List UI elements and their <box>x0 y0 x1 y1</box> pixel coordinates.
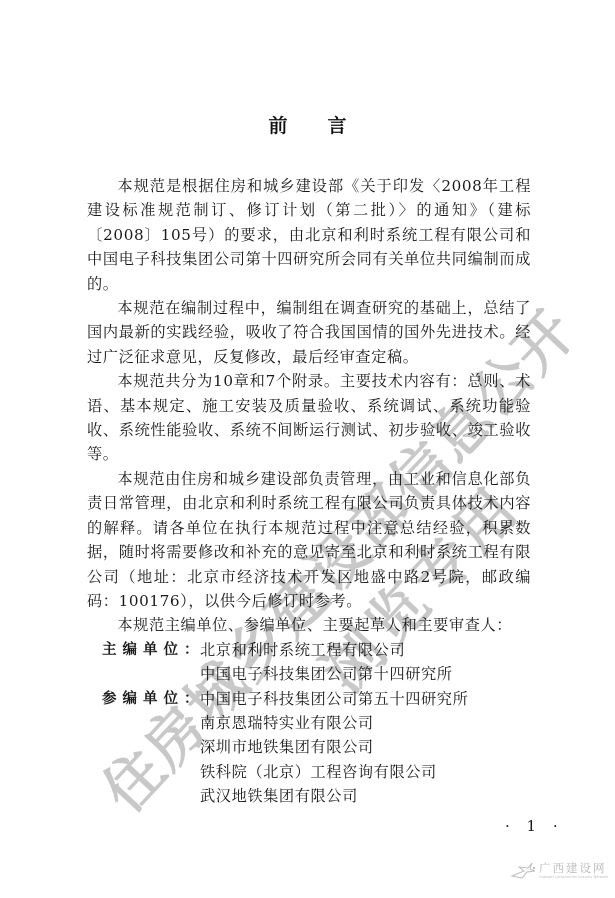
co-editor-item: 深圳市地铁集团有限公司 <box>200 735 531 759</box>
star-logo-icon <box>510 862 536 880</box>
co-editor-item: 武汉地铁集团有限公司 <box>200 784 531 808</box>
logo-subtitle: Guangxi Construction Industry Network <box>539 875 608 880</box>
co-editor-item: 中国电子科技集团公司第五十四研究所 <box>200 687 531 711</box>
co-editors-list: 中国电子科技集团公司第五十四研究所 南京恩瑞特实业有限公司 深圳市地铁集团有限公… <box>200 687 531 809</box>
page-title: 前言 <box>0 111 615 138</box>
document-page: 住房城乡建设部信息公开 浏览专用 前言 本规范是根据住房和城乡建设部《关于印发〈… <box>0 0 615 898</box>
paragraph-3: 本规范共分为10章和7个附录。主要技术内容有：总则、术语、基本规定、施工安装及质… <box>87 369 531 467</box>
paragraph-5: 本规范主编单位、参编单位、主要起草人和主要审查人： <box>87 613 531 637</box>
site-logo: 广西建设网 Guangxi Construction Industry Netw… <box>510 862 608 880</box>
chief-editor-item: 中国电子科技集团公司第十四研究所 <box>200 662 531 686</box>
paragraph-1: 本规范是根据住房和城乡建设部《关于印发〈2008年工程建设标准规范制订、修订计划… <box>87 174 531 296</box>
chief-editors-label: 主编单位： <box>87 638 200 687</box>
co-editor-item: 铁科院（北京）工程咨询有限公司 <box>200 760 531 784</box>
page-number: · 1 · <box>505 817 564 835</box>
logo-name: 广西建设网 <box>539 862 608 875</box>
co-editors-section: 参编单位： 中国电子科技集团公司第五十四研究所 南京恩瑞特实业有限公司 深圳市地… <box>87 687 531 809</box>
paragraph-2: 本规范在编制过程中，编制组在调查研究的基础上，总结了国内最新的实践经验，吸收了符… <box>87 296 531 369</box>
chief-editors-section: 主编单位： 北京和利时系统工程有限公司 中国电子科技集团公司第十四研究所 <box>87 638 531 687</box>
document-body: 本规范是根据住房和城乡建设部《关于印发〈2008年工程建设标准规范制订、修订计划… <box>87 174 531 809</box>
co-editors-label: 参编单位： <box>87 687 200 809</box>
chief-editors-list: 北京和利时系统工程有限公司 中国电子科技集团公司第十四研究所 <box>200 638 531 687</box>
chief-editor-item: 北京和利时系统工程有限公司 <box>200 638 531 662</box>
co-editor-item: 南京恩瑞特实业有限公司 <box>200 711 531 735</box>
paragraph-4: 本规范由住房和城乡建设部负责管理，由工业和信息化部负责日常管理，由北京和利时系统… <box>87 467 531 613</box>
